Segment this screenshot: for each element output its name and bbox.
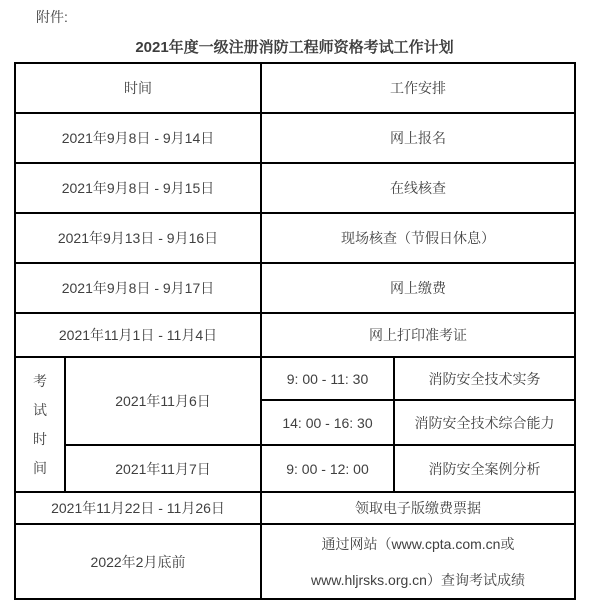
- table-header-row: 时间 工作安排: [15, 63, 575, 113]
- exam-date-cell: 2021年11月6日: [65, 357, 261, 445]
- exam-date-cell: 2021年11月7日: [65, 445, 261, 492]
- header-cell-work: 工作安排: [261, 63, 575, 113]
- row-work-cell: 网上报名: [261, 113, 575, 163]
- table-row: 2021年9月8日 - 9月17日 网上缴费: [15, 263, 575, 313]
- row-time-cell: 2022年2月底前: [15, 524, 261, 599]
- table-row: 2022年2月底前 通过网站（www.cpta.com.cn或 www.hljr…: [15, 524, 575, 599]
- document-page: 附件: 2021年度一级注册消防工程师资格考试工作计划 时间 工作安排 2021…: [0, 0, 589, 599]
- row-time-cell: 2021年9月13日 - 9月16日: [15, 213, 261, 263]
- exam-label-char: 考: [33, 374, 47, 388]
- row-time-cell: 2021年9月8日 - 9月15日: [15, 163, 261, 213]
- exam-session-time-cell: 14: 00 - 16: 30: [261, 400, 394, 445]
- exam-label-char: 间: [33, 461, 47, 475]
- row-work-cell: 网上缴费: [261, 263, 575, 313]
- exam-time-label-cell: 考 试 时 间: [15, 357, 65, 492]
- header-cell-time: 时间: [15, 63, 261, 113]
- exam-label-char: 试: [33, 403, 47, 417]
- page-title: 2021年度一级注册消防工程师资格考试工作计划: [0, 36, 589, 57]
- table-row: 2021年9月8日 - 9月14日 网上报名: [15, 113, 575, 163]
- schedule-table: 时间 工作安排 2021年9月8日 - 9月14日 网上报名 2021年9月8日…: [14, 62, 576, 600]
- row-work-cell: 通过网站（www.cpta.com.cn或 www.hljrsks.org.cn…: [261, 524, 575, 599]
- exam-subject-cell: 消防安全技术实务: [394, 357, 575, 400]
- exam-row: 考 试 时 间 2021年11月6日 9: 00 - 11: 30 消防安全技术…: [15, 357, 575, 400]
- exam-subject-cell: 消防安全案例分析: [394, 445, 575, 492]
- exam-session-time-cell: 9: 00 - 12: 00: [261, 445, 394, 492]
- exam-label-char: 时: [33, 432, 47, 446]
- table-row: 2021年11月22日 - 11月26日 领取电子版缴费票据: [15, 492, 575, 524]
- exam-session-time-cell: 9: 00 - 11: 30: [261, 357, 394, 400]
- exam-subject-cell: 消防安全技术综合能力: [394, 400, 575, 445]
- table-row: 2021年11月1日 - 11月4日 网上打印准考证: [15, 313, 575, 357]
- row-time-cell: 2021年9月8日 - 9月14日: [15, 113, 261, 163]
- exam-time-vertical-label: 考 试 时 间: [16, 374, 64, 475]
- result-query-text: 通过网站（www.cpta.com.cn或 www.hljrsks.org.cn…: [262, 537, 574, 587]
- row-work-cell: 现场核查（节假日休息）: [261, 213, 575, 263]
- result-query-line1: 通过网站（www.cpta.com.cn或: [262, 537, 574, 551]
- row-time-cell: 2021年11月1日 - 11月4日: [15, 313, 261, 357]
- table-row: 2021年9月13日 - 9月16日 现场核查（节假日休息）: [15, 213, 575, 263]
- exam-row: 2021年11月7日 9: 00 - 12: 00 消防安全案例分析: [15, 445, 575, 492]
- table-row: 2021年9月8日 - 9月15日 在线核查: [15, 163, 575, 213]
- row-time-cell: 2021年11月22日 - 11月26日: [15, 492, 261, 524]
- row-work-cell: 网上打印准考证: [261, 313, 575, 357]
- result-query-line2: www.hljrsks.org.cn）查询考试成绩: [262, 573, 574, 587]
- attachment-label: 附件:: [36, 7, 68, 27]
- row-time-cell: 2021年9月8日 - 9月17日: [15, 263, 261, 313]
- row-work-cell: 在线核查: [261, 163, 575, 213]
- row-work-cell: 领取电子版缴费票据: [261, 492, 575, 524]
